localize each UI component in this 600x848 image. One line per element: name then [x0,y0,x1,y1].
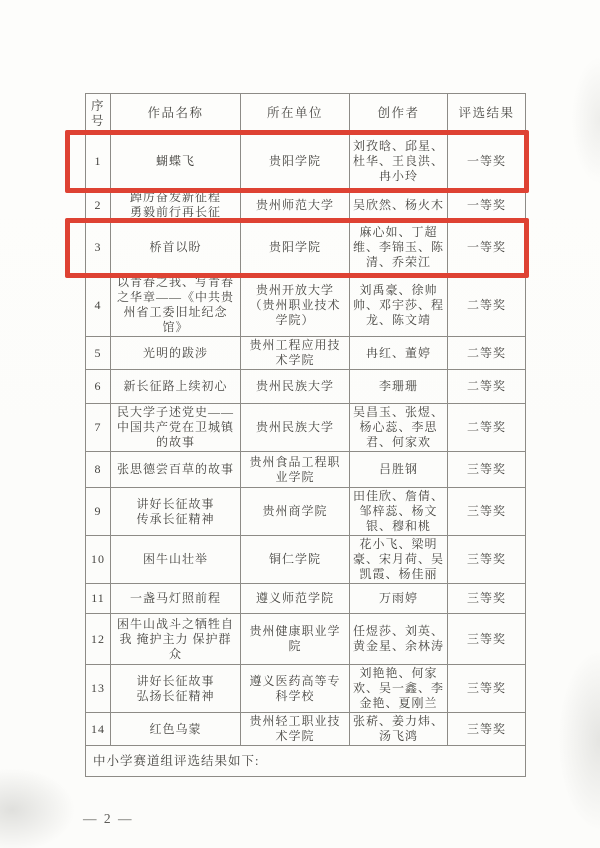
row-serial-number: 4 [86,274,111,337]
row-organization: 贵州工程应用技术学院 [241,337,350,370]
row-serial-number: 2 [86,189,111,222]
row-organization: 贵阳学院 [241,134,350,189]
row-organization: 贵州师范大学 [241,189,350,222]
row-serial-number: 10 [86,536,111,584]
row-result: 一等奖 [448,134,526,189]
row-organization: 贵州健康职业学院 [241,614,350,665]
row-creators: 万雨婷 [350,584,448,614]
table-row: 11 一盏马灯照前程 遵义师范学院 万雨婷 三等奖 [86,584,526,614]
row-result: 三等奖 [448,488,526,536]
row-serial-number: 14 [86,713,111,746]
footer-note: 中小学赛道组评选结果如下: [86,746,526,777]
row-work-title: 红色乌蒙 [111,713,241,746]
header-work-title: 作品名称 [111,94,241,134]
row-creators: 刘孜晗、邱星、杜华、王良洪、冉小玲 [350,134,448,189]
row-result: 三等奖 [448,452,526,488]
row-result: 一等奖 [448,189,526,222]
row-serial-number: 3 [86,222,111,274]
row-organization: 贵州轻工职业技术学院 [241,713,350,746]
row-serial-number: 1 [86,134,111,189]
page: 序号 作品名称 所在单位 创作者 评选结果 1 蝴蝶飞 贵阳学院 刘孜晗、邱星、… [0,0,600,848]
row-creators: 麻心如、丁超维、李锦玉、陈清、乔荣江 [350,222,448,274]
row-creators: 张菥、姜力炜、汤飞鸿 [350,713,448,746]
row-work-title: 困牛山战斗之牺牲自我 掩护主力 保护群众 [111,614,241,665]
row-result: 二等奖 [448,404,526,452]
table-row: 1 蝴蝶飞 贵阳学院 刘孜晗、邱星、杜华、王良洪、冉小玲 一等奖 [86,134,526,189]
header-result: 评选结果 [448,94,526,134]
row-work-title: 讲好长征故事 弘扬长征精神 [111,665,241,713]
row-creators: 李珊珊 [350,370,448,404]
table-row: 2 踔厉奋发新征程 勇毅前行再长征 贵州师范大学 吴欣然、杨火木 一等奖 [86,189,526,222]
row-work-title: 桥首以盼 [111,222,241,274]
row-creators: 花小飞、梁明豪、宋月荷、吴凯霞、杨佳丽 [350,536,448,584]
table-row: 3 桥首以盼 贵阳学院 麻心如、丁超维、李锦玉、陈清、乔荣江 一等奖 [86,222,526,274]
row-organization: 贵州食品工程职业学院 [241,452,350,488]
row-work-title: 光明的跋涉 [111,337,241,370]
row-creators: 任煜莎、刘英、黄金星、余林涛 [350,614,448,665]
table-row: 9 讲好长征故事 传承长征精神 贵州商学院 田佳欣、詹倩、邹梓蕊、杨文银、穆和桃… [86,488,526,536]
table-row: 5 光明的跋涉 贵州工程应用技术学院 冉红、董婷 二等奖 [86,337,526,370]
row-creators: 刘禹豪、徐帅帅、邓宇莎、程龙、陈文靖 [350,274,448,337]
row-work-title: 以青春之我、写青春之华章——《中共贵州省工委旧址纪念馆》 [111,274,241,337]
row-result: 二等奖 [448,274,526,337]
row-result: 二等奖 [448,370,526,404]
table-row: 14 红色乌蒙 贵州轻工职业技术学院 张菥、姜力炜、汤飞鸿 三等奖 [86,713,526,746]
row-serial-number: 7 [86,404,111,452]
row-serial-number: 13 [86,665,111,713]
header-organization: 所在单位 [241,94,350,134]
page-number: — 2 — [83,811,134,827]
row-creators: 吴欣然、杨火木 [350,189,448,222]
row-result: 一等奖 [448,222,526,274]
awards-table: 序号 作品名称 所在单位 创作者 评选结果 1 蝴蝶飞 贵阳学院 刘孜晗、邱星、… [85,93,526,777]
row-work-title: 新长征路上续初心 [111,370,241,404]
row-creators: 冉红、董婷 [350,337,448,370]
row-result: 三等奖 [448,614,526,665]
row-work-title: 一盏马灯照前程 [111,584,241,614]
row-work-title: 踔厉奋发新征程 勇毅前行再长征 [111,189,241,222]
row-organization: 贵阳学院 [241,222,350,274]
row-serial-number: 11 [86,584,111,614]
table-row: 12 困牛山战斗之牺牲自我 掩护主力 保护群众 贵州健康职业学院 任煜莎、刘英、… [86,614,526,665]
row-work-title: 讲好长征故事 传承长征精神 [111,488,241,536]
row-serial-number: 9 [86,488,111,536]
row-organization: 贵州民族大学 [241,370,350,404]
row-work-title: 困牛山壮举 [111,536,241,584]
row-creators: 刘艳艳、何家欢、吴一鑫、李金艳、夏刚兰 [350,665,448,713]
table-row: 8 张思德尝百草的故事 贵州食品工程职业学院 吕胜钢 三等奖 [86,452,526,488]
row-serial-number: 5 [86,337,111,370]
row-work-title: 民大学子述党史—— 中国共产党在卫城镇的故事 [111,404,241,452]
row-serial-number: 12 [86,614,111,665]
row-serial-number: 8 [86,452,111,488]
row-creators: 吴昌玉、张煜、杨心蕊、李思君、何家欢 [350,404,448,452]
table-row: 6 新长征路上续初心 贵州民族大学 李珊珊 二等奖 [86,370,526,404]
table-row: 7 民大学子述党史—— 中国共产党在卫城镇的故事 贵州民族大学 吴昌玉、张煜、杨… [86,404,526,452]
row-organization: 遵义医药高等专科学校 [241,665,350,713]
row-organization: 铜仁学院 [241,536,350,584]
row-organization: 贵州商学院 [241,488,350,536]
row-work-title: 张思德尝百草的故事 [111,452,241,488]
table-row: 13 讲好长征故事 弘扬长征精神 遵义医药高等专科学校 刘艳艳、何家欢、吴一鑫、… [86,665,526,713]
table-row: 10 困牛山壮举 铜仁学院 花小飞、梁明豪、宋月荷、吴凯霞、杨佳丽 三等奖 [86,536,526,584]
header-creators: 创作者 [350,94,448,134]
row-result: 三等奖 [448,665,526,713]
row-result: 三等奖 [448,536,526,584]
row-work-title: 蝴蝶飞 [111,134,241,189]
row-result: 二等奖 [448,337,526,370]
row-result: 三等奖 [448,584,526,614]
footer-note-row: 中小学赛道组评选结果如下: [86,746,526,777]
table-row: 4 以青春之我、写青春之华章——《中共贵州省工委旧址纪念馆》 贵州开放大学（贵州… [86,274,526,337]
row-serial-number: 6 [86,370,111,404]
row-organization: 遵义师范学院 [241,584,350,614]
row-result: 三等奖 [448,713,526,746]
row-organization: 贵州民族大学 [241,404,350,452]
header-serial-number: 序号 [86,94,111,134]
row-creators: 吕胜钢 [350,452,448,488]
table-header-row: 序号 作品名称 所在单位 创作者 评选结果 [86,94,526,134]
row-organization: 贵州开放大学（贵州职业技术学院） [241,274,350,337]
row-creators: 田佳欣、詹倩、邹梓蕊、杨文银、穆和桃 [350,488,448,536]
